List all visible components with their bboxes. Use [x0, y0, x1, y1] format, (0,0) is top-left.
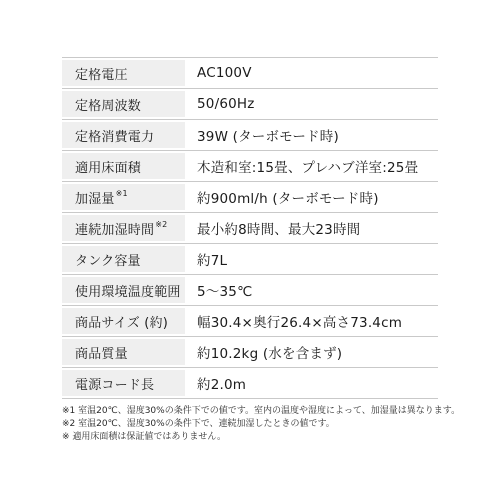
- spec-value: 5〜35℃: [185, 275, 438, 305]
- footnote-line-1: ※1 室温20℃、湿度30%の条件下での値です。室内の温度や湿度によって、加湿量…: [62, 405, 438, 418]
- spec-label-text: 商品質量: [75, 343, 128, 362]
- footnote-line-2: ※2 室温20℃、湿度30%の条件下で、連続加湿したときの値です。: [62, 418, 438, 431]
- footnotes: ※1 室温20℃、湿度30%の条件下での値です。室内の温度や湿度によって、加湿量…: [62, 405, 438, 444]
- spec-table-row: 電源コード長 約2.0m: [62, 368, 438, 399]
- spec-value: AC100V: [185, 58, 438, 88]
- spec-value: 39W (ターボモード時): [185, 120, 438, 150]
- spec-table-row: 定格消費電力 39W (ターボモード時): [62, 120, 438, 151]
- footnote-line-3: ※ 適用床面積は保証値ではありません。: [62, 431, 438, 444]
- spec-value: 約7L: [185, 244, 438, 274]
- spec-label-text: 定格電圧: [75, 64, 128, 83]
- spec-label-text: 連続加湿時間: [75, 219, 154, 238]
- spec-table-row: 定格電圧 AC100V: [62, 58, 438, 89]
- spec-value: 約10.2kg (水を含まず): [185, 337, 438, 367]
- spec-label-cell: タンク容量: [62, 246, 185, 272]
- spec-value: 約2.0m: [185, 368, 438, 398]
- spec-label-sup: ※2: [155, 220, 167, 229]
- spec-value: 木造和室:15畳、プレハブ洋室:25畳: [185, 151, 438, 181]
- spec-label-cell: 定格消費電力: [62, 122, 185, 148]
- spec-label-text: 定格周波数: [75, 95, 141, 114]
- spec-table-row: 加湿量※1 約900ml/h (ターボモード時): [62, 182, 438, 213]
- spec-value: 幅30.4×奥行26.4×高さ73.4cm: [185, 306, 438, 336]
- spec-label-text: 使用環境温度範囲: [75, 281, 181, 300]
- spec-table-row: 商品質量 約10.2kg (水を含まず): [62, 337, 438, 368]
- spec-table-row: 連続加湿時間※2 最小約8時間、最大23時間: [62, 213, 438, 244]
- spec-table-row: タンク容量 約7L: [62, 244, 438, 275]
- spec-label-cell: 使用環境温度範囲: [62, 277, 185, 303]
- spec-label-cell: 加湿量※1: [62, 184, 185, 210]
- spec-label-cell: 連続加湿時間※2: [62, 215, 185, 241]
- spec-label-cell: 定格周波数: [62, 91, 185, 117]
- spec-label-text: 加湿量: [75, 188, 115, 207]
- spec-table-row: 商品サイズ (約) 幅30.4×奥行26.4×高さ73.4cm: [62, 306, 438, 337]
- spec-label-cell: 商品サイズ (約): [62, 308, 185, 334]
- spec-value: 50/60Hz: [185, 89, 438, 119]
- spec-label-cell: 適用床面積: [62, 153, 185, 179]
- spec-value: 最小約8時間、最大23時間: [185, 213, 438, 243]
- spec-label-text: 定格消費電力: [75, 126, 154, 145]
- spec-label-sup: ※1: [116, 189, 128, 198]
- spec-value: 約900ml/h (ターボモード時): [185, 182, 438, 212]
- product-spec-page: 定格電圧 AC100V 定格周波数 50/60Hz 定格消費電力 39W (ター…: [0, 0, 500, 500]
- spec-content: 定格電圧 AC100V 定格周波数 50/60Hz 定格消費電力 39W (ター…: [62, 57, 438, 444]
- spec-label-cell: 商品質量: [62, 339, 185, 365]
- spec-label-text: 電源コード長: [75, 374, 154, 393]
- spec-label-cell: 定格電圧: [62, 60, 185, 86]
- spec-table-row: 使用環境温度範囲 5〜35℃: [62, 275, 438, 306]
- spec-label-cell: 電源コード長: [62, 370, 185, 396]
- spec-label-text: 商品サイズ (約): [75, 312, 168, 331]
- spec-table-row: 定格周波数 50/60Hz: [62, 89, 438, 120]
- spec-table: 定格電圧 AC100V 定格周波数 50/60Hz 定格消費電力 39W (ター…: [62, 57, 438, 399]
- spec-label-text: タンク容量: [75, 250, 141, 269]
- spec-table-row: 適用床面積 木造和室:15畳、プレハブ洋室:25畳: [62, 151, 438, 182]
- spec-label-text: 適用床面積: [75, 157, 141, 176]
